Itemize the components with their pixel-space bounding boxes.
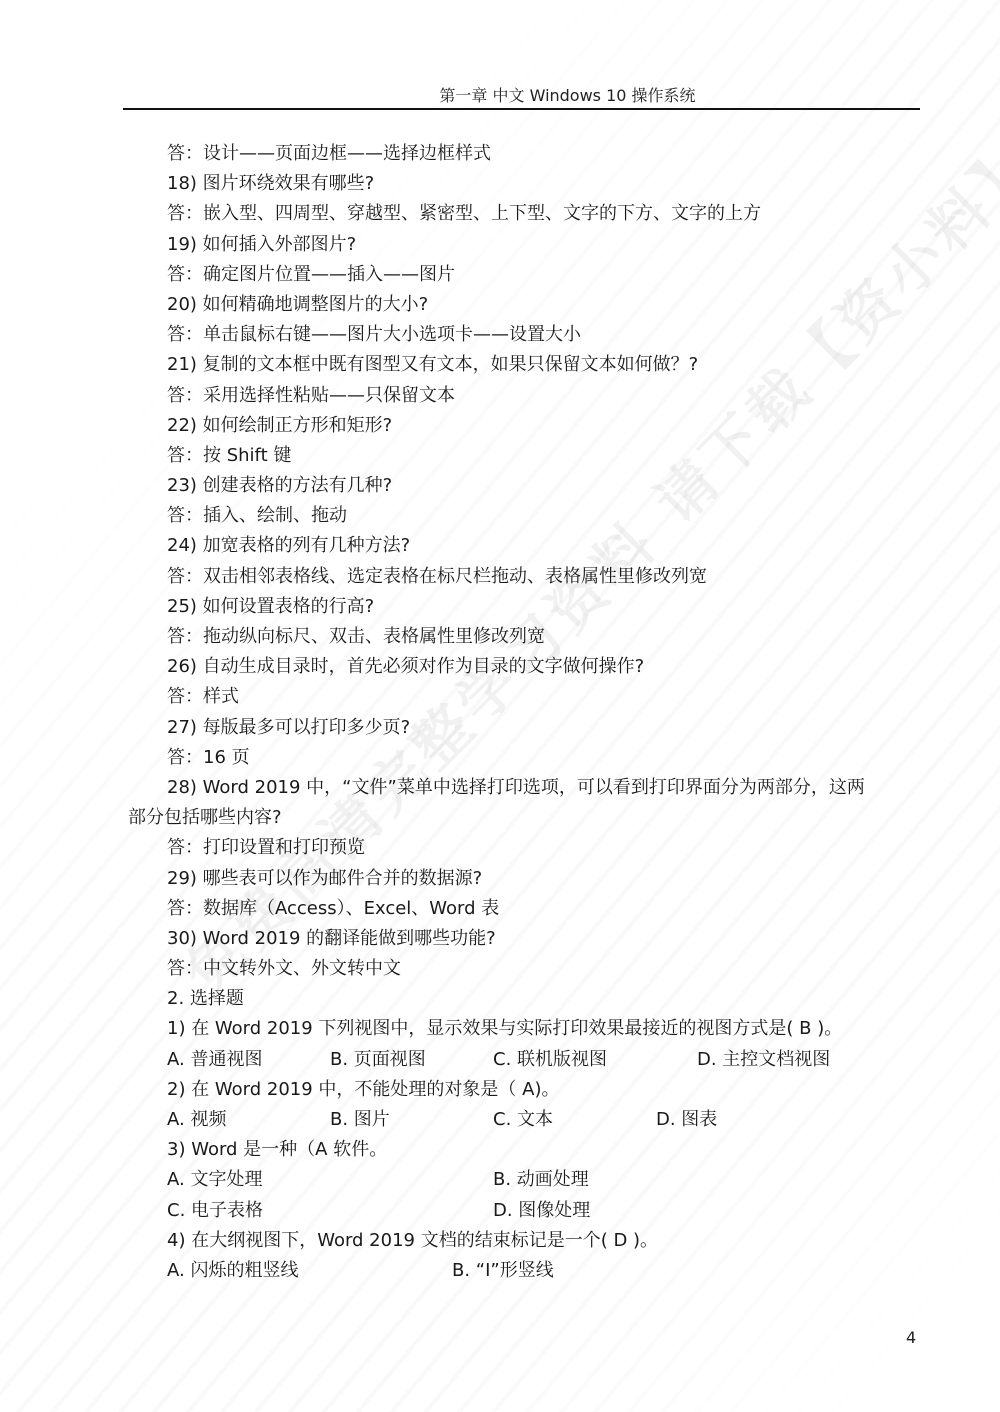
option-a: A. 视频: [167, 1105, 226, 1135]
question-30: 30) Word 2019 的翻译能做到哪些功能?: [0, 924, 1000, 954]
running-header: 第一章 中文 Windows 10 操作系统: [123, 82, 920, 110]
option-b: B. 页面视图: [330, 1045, 426, 1075]
answer-28: 答：打印设置和打印预览: [0, 833, 1000, 863]
choice-q3-options-row-1: A. 文字处理 B. 动画处理: [0, 1165, 1000, 1195]
question-19: 19) 如何插入外部图片?: [0, 230, 1000, 260]
option-d: D. 图像处理: [493, 1196, 590, 1226]
option-b: B. “I”形竖线: [452, 1256, 554, 1286]
question-25: 25) 如何设置表格的行高?: [0, 592, 1000, 622]
choice-q3-options-row-2: C. 电子表格 D. 图像处理: [0, 1196, 1000, 1226]
question-18: 18) 图片环绕效果有哪些?: [0, 169, 1000, 199]
question-27: 27) 每版最多可以打印多少页?: [0, 713, 1000, 743]
option-b: B. 动画处理: [493, 1165, 589, 1195]
choice-q1-options: A. 普通视图 B. 页面视图 C. 联机版视图 D. 主控文档视图: [0, 1045, 1000, 1075]
choice-q3-stem: 3) Word 是一种（A 软件。: [0, 1135, 1000, 1165]
option-d: D. 图表: [656, 1105, 717, 1135]
answer-22: 答：按 Shift 键: [0, 441, 1000, 471]
question-22: 22) 如何绘制正方形和矩形?: [0, 411, 1000, 441]
option-c: C. 电子表格: [167, 1196, 263, 1226]
question-20: 20) 如何精确地调整图片的大小?: [0, 290, 1000, 320]
choice-q4-stem: 4) 在大纲视图下，Word 2019 文档的结束标记是一个( D )。: [0, 1226, 1000, 1256]
choice-q1-stem: 1) 在 Word 2019 下列视图中，显示效果与实际打印效果最接近的视图方式…: [0, 1014, 1000, 1044]
answer-29: 答：数据库（Access）、Excel、Word 表: [0, 894, 1000, 924]
answer-26: 答：样式: [0, 682, 1000, 712]
answer-18: 答：嵌入型、四周型、穿越型、紧密型、上下型、文字的下方、文字的上方: [0, 199, 1000, 229]
answer-20: 答：单击鼠标右键——图片大小选项卡——设置大小: [0, 320, 1000, 350]
choice-q2-stem: 2) 在 Word 2019 中，不能处理的对象是（ A)。: [0, 1075, 1000, 1105]
answer-17: 答：设计——页面边框——选择边框样式: [0, 139, 1000, 169]
question-21: 21) 复制的文本框中既有图型又有文本，如果只保留文本如何做？?: [0, 350, 1000, 380]
option-a: A. 文字处理: [167, 1165, 262, 1195]
page-body: 答：设计——页面边框——选择边框样式 18) 图片环绕效果有哪些? 答：嵌入型、…: [0, 139, 1000, 1286]
option-a: A. 闪烁的粗竖线: [167, 1256, 298, 1286]
page-number: 4: [906, 1328, 916, 1347]
chapter-title: 第一章 中文 Windows 10 操作系统: [439, 86, 695, 105]
question-28-line-2: 部分包括哪些内容?: [0, 803, 1000, 833]
question-23: 23) 创建表格的方法有几种?: [0, 471, 1000, 501]
question-26: 26) 自动生成目录时，首先必须对作为目录的文字做何操作?: [0, 652, 1000, 682]
question-29: 29) 哪些表可以作为邮件合并的数据源?: [0, 864, 1000, 894]
section-heading-choice: 2. 选择题: [0, 984, 1000, 1014]
question-28-line-1: 28) Word 2019 中，“文件”菜单中选择打印选项，可以看到打印界面分为…: [0, 773, 1000, 803]
answer-25: 答：拖动纵向标尺、双击、表格属性里修改列宽: [0, 622, 1000, 652]
answer-24: 答：双击相邻表格线、选定表格在标尺栏拖动、表格属性里修改列宽: [0, 562, 1000, 592]
option-c: C. 文本: [493, 1105, 553, 1135]
option-b: B. 图片: [330, 1105, 390, 1135]
choice-q4-options: A. 闪烁的粗竖线 B. “I”形竖线: [0, 1256, 1000, 1286]
answer-30: 答：中文转外文、外文转中文: [0, 954, 1000, 984]
choice-q2-options: A. 视频 B. 图片 C. 文本 D. 图表: [0, 1105, 1000, 1135]
option-d: D. 主控文档视图: [697, 1045, 830, 1075]
answer-21: 答：采用选择性粘贴——只保留文本: [0, 381, 1000, 411]
answer-27: 答：16 页: [0, 743, 1000, 773]
option-c: C. 联机版视图: [493, 1045, 607, 1075]
answer-19: 答：确定图片位置——插入——图片: [0, 260, 1000, 290]
option-a: A. 普通视图: [167, 1045, 262, 1075]
question-24: 24) 加宽表格的列有几种方法?: [0, 531, 1000, 561]
answer-23: 答：插入、绘制、拖动: [0, 501, 1000, 531]
